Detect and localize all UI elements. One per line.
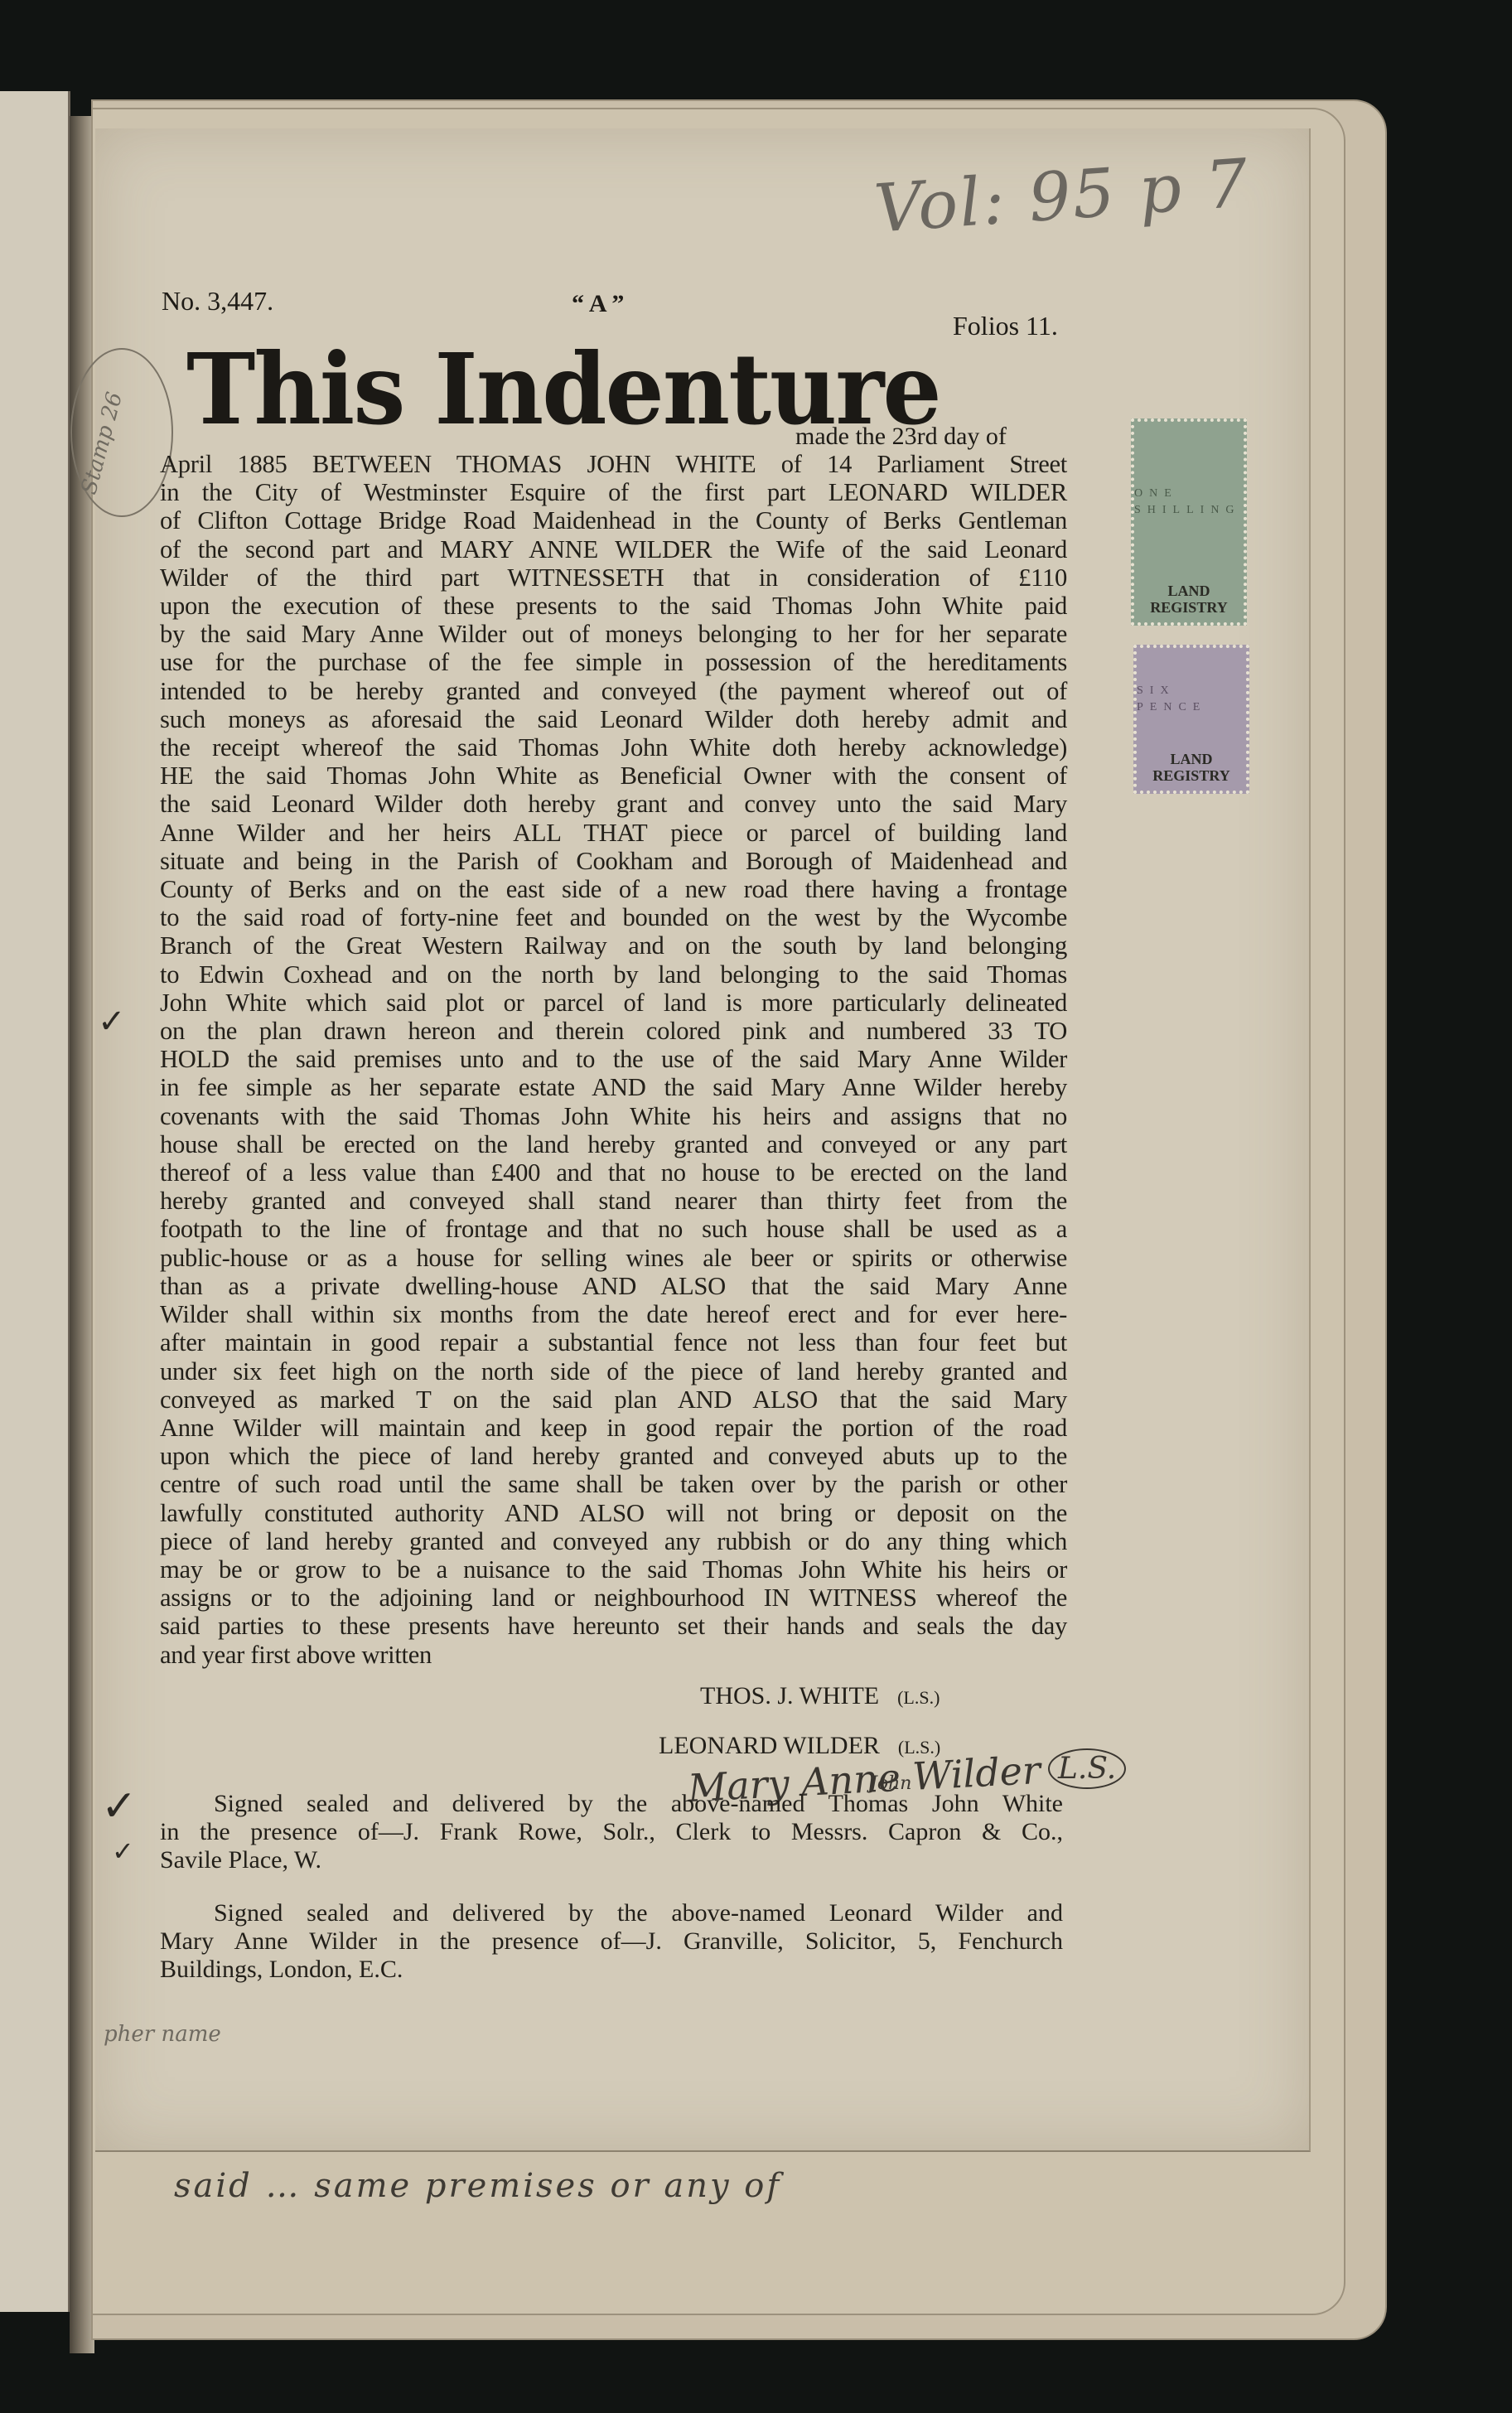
handwritten-correction: John xyxy=(870,1773,911,1794)
stamp-value-text: SIX PENCE xyxy=(1137,648,1246,751)
body-line: may be or grow to be a nuisance to the s… xyxy=(160,1555,1067,1584)
stamp-value-text: ONE SHILLING xyxy=(1134,422,1244,583)
witness-clause-wilder: Signed sealed and delivered by the above… xyxy=(160,1899,1063,1984)
stamp-label-line2: REGISTRY xyxy=(1150,599,1227,616)
body-line: of Clifton Cottage Bridge Road Maidenhea… xyxy=(160,506,1067,534)
stamp-label-line1: LAND xyxy=(1170,751,1212,767)
body-line: after maintain in good repair a substant… xyxy=(160,1328,1067,1356)
checkmark-icon: ✓ xyxy=(98,1003,126,1041)
revenue-stamp-six-pence: SIX PENCE LAND REGISTRY xyxy=(1133,645,1249,794)
body-line: lawfully constituted authority AND ALSO … xyxy=(160,1499,1067,1527)
signature-line-white: THOS. J. WHITE(L.S.) xyxy=(700,1682,940,1710)
body-line: to Edwin Coxhead and on the north by lan… xyxy=(160,960,1067,989)
body-line: Wilder of the third part WITNESSETH that… xyxy=(160,563,1067,592)
body-line: by the said Mary Anne Wilder out of mone… xyxy=(160,620,1067,648)
folios-count: Folios 11. xyxy=(953,311,1058,341)
body-line: the said Leonard Wilder doth hereby gran… xyxy=(160,790,1067,818)
left-facing-page xyxy=(0,91,70,2312)
signatory-name: THOS. J. WHITE xyxy=(700,1682,879,1709)
title-continuation: made the 23rd day of xyxy=(795,423,1007,451)
body-line: County of Berks and on the east side of … xyxy=(160,875,1067,903)
body-line: the receipt whereof the said Thomas John… xyxy=(160,733,1067,762)
body-line: Branch of the Great Western Railway and … xyxy=(160,931,1067,960)
body-line: Wilder shall within six months from the … xyxy=(160,1300,1067,1328)
body-line: public-house or as a house for selling w… xyxy=(160,1244,1067,1272)
witness-clause-white: Signed sealed and delivered by the above… xyxy=(160,1790,1063,1874)
signatory-name: LEONARD WILDER xyxy=(659,1732,880,1759)
handwritten-seal-mark: L.S. xyxy=(1048,1748,1126,1789)
body-line: house shall be erected on the land hereb… xyxy=(160,1130,1067,1158)
revenue-stamp-one-shilling: ONE SHILLING LAND REGISTRY xyxy=(1131,418,1247,626)
body-line: to the said road of forty-nine feet and … xyxy=(160,903,1067,931)
document-number: No. 3,447. xyxy=(162,286,273,317)
body-line: in fee simple as her separate estate AND… xyxy=(160,1073,1067,1101)
body-line: footpath to the line of frontage and tha… xyxy=(160,1215,1067,1243)
body-line: upon the execution of these presents to … xyxy=(160,592,1067,620)
body-line: such moneys as aforesaid the said Leonar… xyxy=(160,705,1067,733)
witness-line: Savile Place, W. xyxy=(160,1846,1063,1874)
schedule-letter: “ A ” xyxy=(572,290,624,318)
margin-lower-note: pher name xyxy=(104,2022,221,2047)
body-line: thereof of a less value than £400 and th… xyxy=(160,1158,1067,1187)
body-line: Anne Wilder will maintain and keep in go… xyxy=(160,1414,1067,1442)
body-line: assigns or to the adjoining land or neig… xyxy=(160,1584,1067,1612)
body-line: use for the purchase of the fee simple i… xyxy=(160,648,1067,676)
body-line: centre of such road until the same shall… xyxy=(160,1470,1067,1498)
stamp-label-line2: REGISTRY xyxy=(1152,767,1229,784)
body-line: HOLD the said premises unto and to the u… xyxy=(160,1045,1067,1073)
body-line: under six feet high on the north side of… xyxy=(160,1357,1067,1385)
witness-line: Signed sealed and delivered by the above… xyxy=(160,1790,1063,1818)
body-line: conveyed as marked T on the said plan AN… xyxy=(160,1385,1067,1414)
body-line: of the second part and MARY ANNE WILDER … xyxy=(160,535,1067,563)
checkmark-icon: ✓ xyxy=(101,1782,138,1831)
witness-line: Signed sealed and delivered by the above… xyxy=(160,1899,1063,1927)
body-line: intended to be hereby granted and convey… xyxy=(160,677,1067,705)
body-line: Anne Wilder and her heirs ALL THAT piece… xyxy=(160,819,1067,847)
stamp-label-line1: LAND xyxy=(1167,583,1210,599)
body-line: covenants with the said Thomas John Whit… xyxy=(160,1102,1067,1130)
seal-mark: (L.S.) xyxy=(897,1687,940,1708)
body-line: said parties to these presents have here… xyxy=(160,1612,1067,1640)
witness-line: Buildings, London, E.C. xyxy=(160,1956,1063,1984)
body-line: on the plan drawn hereon and therein col… xyxy=(160,1017,1067,1045)
body-line: hereby granted and conveyed shall stand … xyxy=(160,1187,1067,1215)
body-line: in the City of Westminster Esquire of th… xyxy=(160,478,1067,506)
checkmark-icon: ✓ xyxy=(112,1835,134,1867)
body-line: situate and being in the Parish of Cookh… xyxy=(160,847,1067,875)
witness-line: in the presence of—J. Frank Rowe, Solr.,… xyxy=(160,1818,1063,1846)
body-line: piece of land hereby granted and conveye… xyxy=(160,1527,1067,1555)
body-line: John White which said plot or parcel of … xyxy=(160,989,1067,1017)
body-line: than as a private dwelling-house AND ALS… xyxy=(160,1272,1067,1300)
body-line: HE the said Thomas John White as Benefic… xyxy=(160,762,1067,790)
body-line: and year first above written xyxy=(160,1641,1067,1669)
underlying-page-handwriting: said … same premises or any of xyxy=(174,2167,781,2205)
body-line: April 1885 BETWEEN THOMAS JOHN WHITE of … xyxy=(160,450,1067,478)
body-line: upon which the piece of land hereby gran… xyxy=(160,1442,1067,1470)
witness-line: Mary Anne Wilder in the presence of—J. G… xyxy=(160,1927,1063,1956)
indenture-body: April 1885 BETWEEN THOMAS JOHN WHITE of … xyxy=(160,450,1067,1669)
